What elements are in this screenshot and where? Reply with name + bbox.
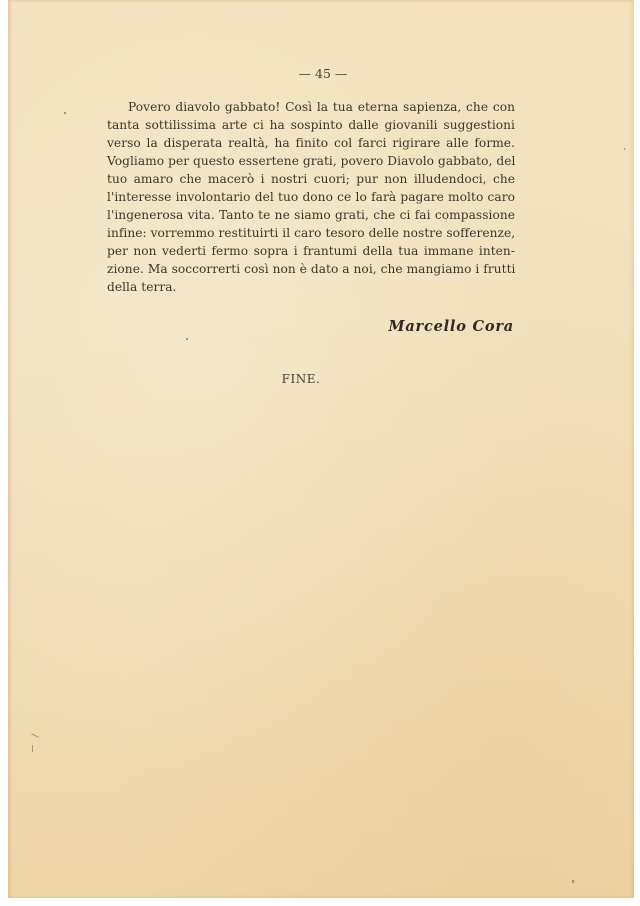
paper-speck <box>31 733 39 737</box>
author-signature: Marcello Cora <box>338 318 514 335</box>
paper-speck <box>186 338 188 340</box>
paper-speck <box>64 112 66 114</box>
text-line: Povero diavolo gabbato! Così la tua eter… <box>107 98 515 116</box>
paragraph: Povero diavolo gabbato! Così la tua eter… <box>107 98 515 296</box>
paper-speck <box>572 880 574 883</box>
text-line: l'ingenerosa vita. Tanto te ne siamo gra… <box>107 206 515 224</box>
text-line: verso la disperata realtà, ha finito col… <box>107 134 515 152</box>
page-number: — 45 — <box>8 66 636 81</box>
text-line: per non vederti fermo sopra i frantumi d… <box>107 242 515 260</box>
closing-mark: FINE. <box>248 372 354 386</box>
text-line: Vogliamo per questo essertene grati, pov… <box>107 152 515 170</box>
text-line: tanta sottilissima arte ci ha sospinto d… <box>107 116 515 134</box>
paper-speck <box>32 745 33 752</box>
text-line: tuo amaro che macerò i nostri cuori; pur… <box>107 170 515 188</box>
text-line: della terra. <box>107 278 515 296</box>
text-line: zione. Ma soccorrerti così non è dato a … <box>107 260 515 278</box>
text-line: l'interesse involontario del tuo dono ce… <box>107 188 515 206</box>
book-page: — 45 — Povero diavolo gabbato! Così la t… <box>8 0 634 898</box>
text-line: infine: vorremmo restituirti il caro tes… <box>107 224 515 242</box>
paper-speck <box>624 148 625 150</box>
